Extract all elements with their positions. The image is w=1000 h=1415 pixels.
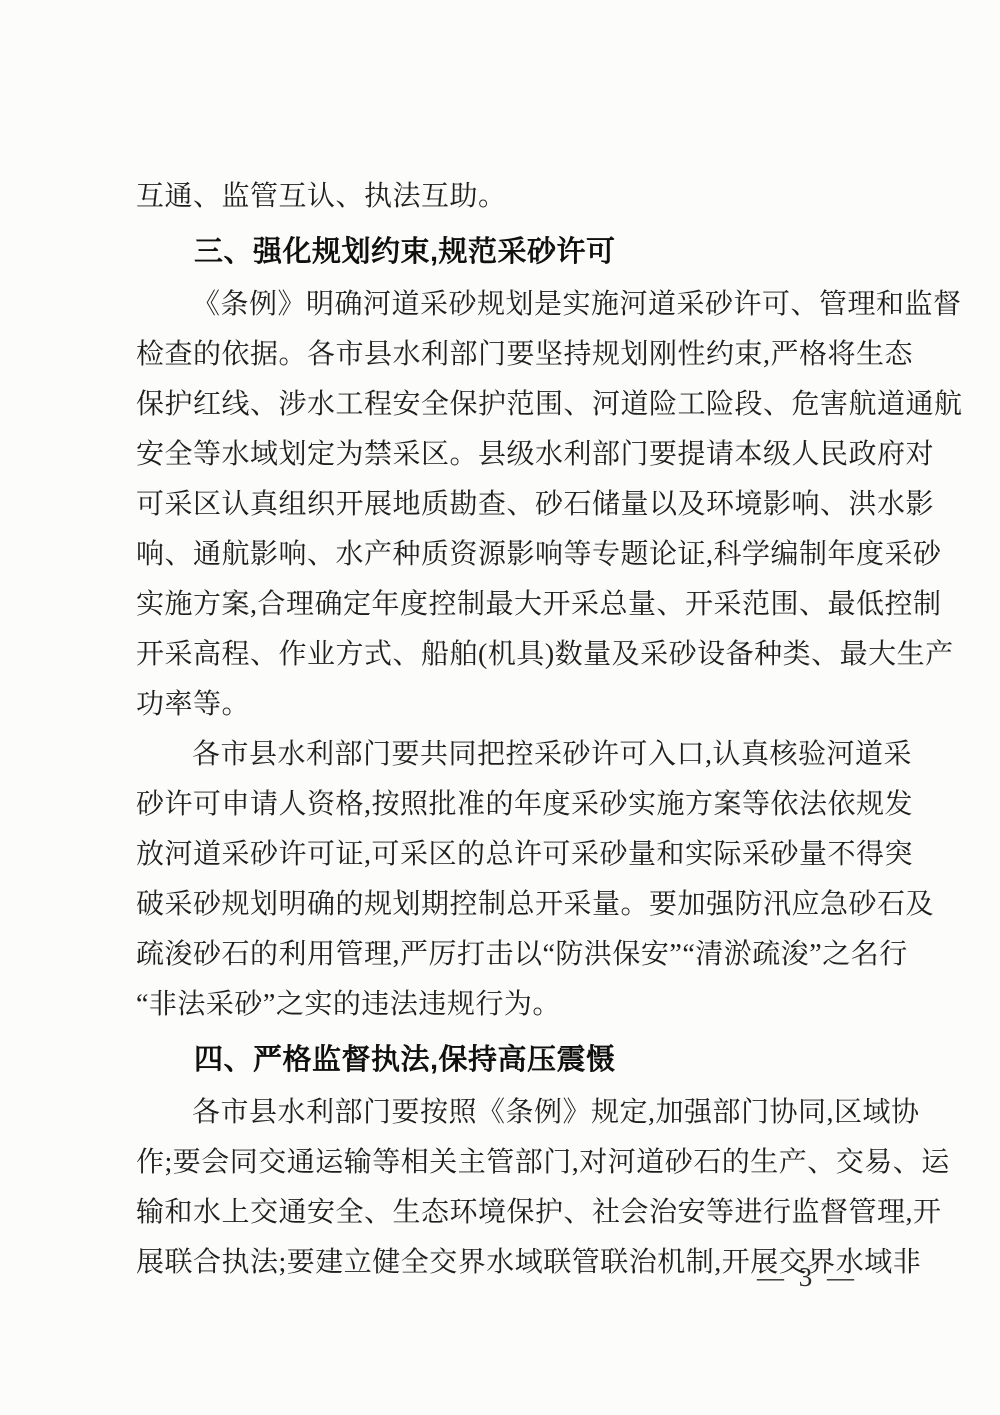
body-line: 功率等。 — [136, 680, 878, 730]
body-line: 放河道采砂许可证,可采区的总许可采砂量和实际采砂量不得突 — [136, 830, 878, 880]
body-line: 安全等水域划定为禁采区。县级水利部门要提请本级人民政府对 — [136, 430, 878, 480]
body-line: 《条例》明确河道采砂规划是实施河道采砂许可、管理和监督 — [136, 280, 878, 330]
body-line: 各市县水利部门要共同把控采砂许可入口,认真核验河道采 — [136, 730, 878, 780]
document-text-block: 互通、监管互认、执法互助。 三、强化规划约束,规范采砂许可 《条例》明确河道采砂… — [136, 172, 878, 1288]
body-line: “非法采砂”之实的违法违规行为。 — [136, 980, 878, 1030]
section-heading: 四、严格监督执法,保持高压震慑 — [136, 1035, 878, 1085]
body-line: 响、通航影响、水产种质资源影响等专题论证,科学编制年度采砂 — [136, 530, 878, 580]
body-line: 各市县水利部门要按照《条例》规定,加强部门协同,区域协 — [136, 1088, 878, 1138]
body-line: 检查的依据。各市县水利部门要坚持规划刚性约束,严格将生态 — [136, 330, 878, 380]
body-line: 开采高程、作业方式、船舶(机具)数量及采砂设备种类、最大生产 — [136, 630, 878, 680]
document-page: 互通、监管互认、执法互助。 三、强化规划约束,规范采砂许可 《条例》明确河道采砂… — [0, 0, 1000, 1415]
body-line: 作;要会同交通运输等相关主管部门,对河道砂石的生产、交易、运 — [136, 1138, 878, 1188]
body-line: 保护红线、涉水工程安全保护范围、河道险工险段、危害航道通航 — [136, 380, 878, 430]
body-line: 实施方案,合理确定年度控制最大开采总量、开采范围、最低控制 — [136, 580, 878, 630]
body-line: 砂许可申请人资格,按照批准的年度采砂实施方案等依法依规发 — [136, 780, 878, 830]
body-line: 输和水上交通安全、生态环境保护、社会治安等进行监督管理,开 — [136, 1188, 878, 1238]
section-heading: 三、强化规划约束,规范采砂许可 — [136, 227, 878, 277]
body-line: 互通、监管互认、执法互助。 — [136, 172, 878, 222]
body-line: 可采区认真组织开展地质勘查、砂石储量以及环境影响、洪水影 — [136, 480, 878, 530]
page-number: — 3 — — [757, 1262, 858, 1293]
body-line: 破采砂规划明确的规划期控制总开采量。要加强防汛应急砂石及 — [136, 880, 878, 930]
body-line: 疏浚砂石的利用管理,严厉打击以“防洪保安”“清淤疏浚”之名行 — [136, 930, 878, 980]
